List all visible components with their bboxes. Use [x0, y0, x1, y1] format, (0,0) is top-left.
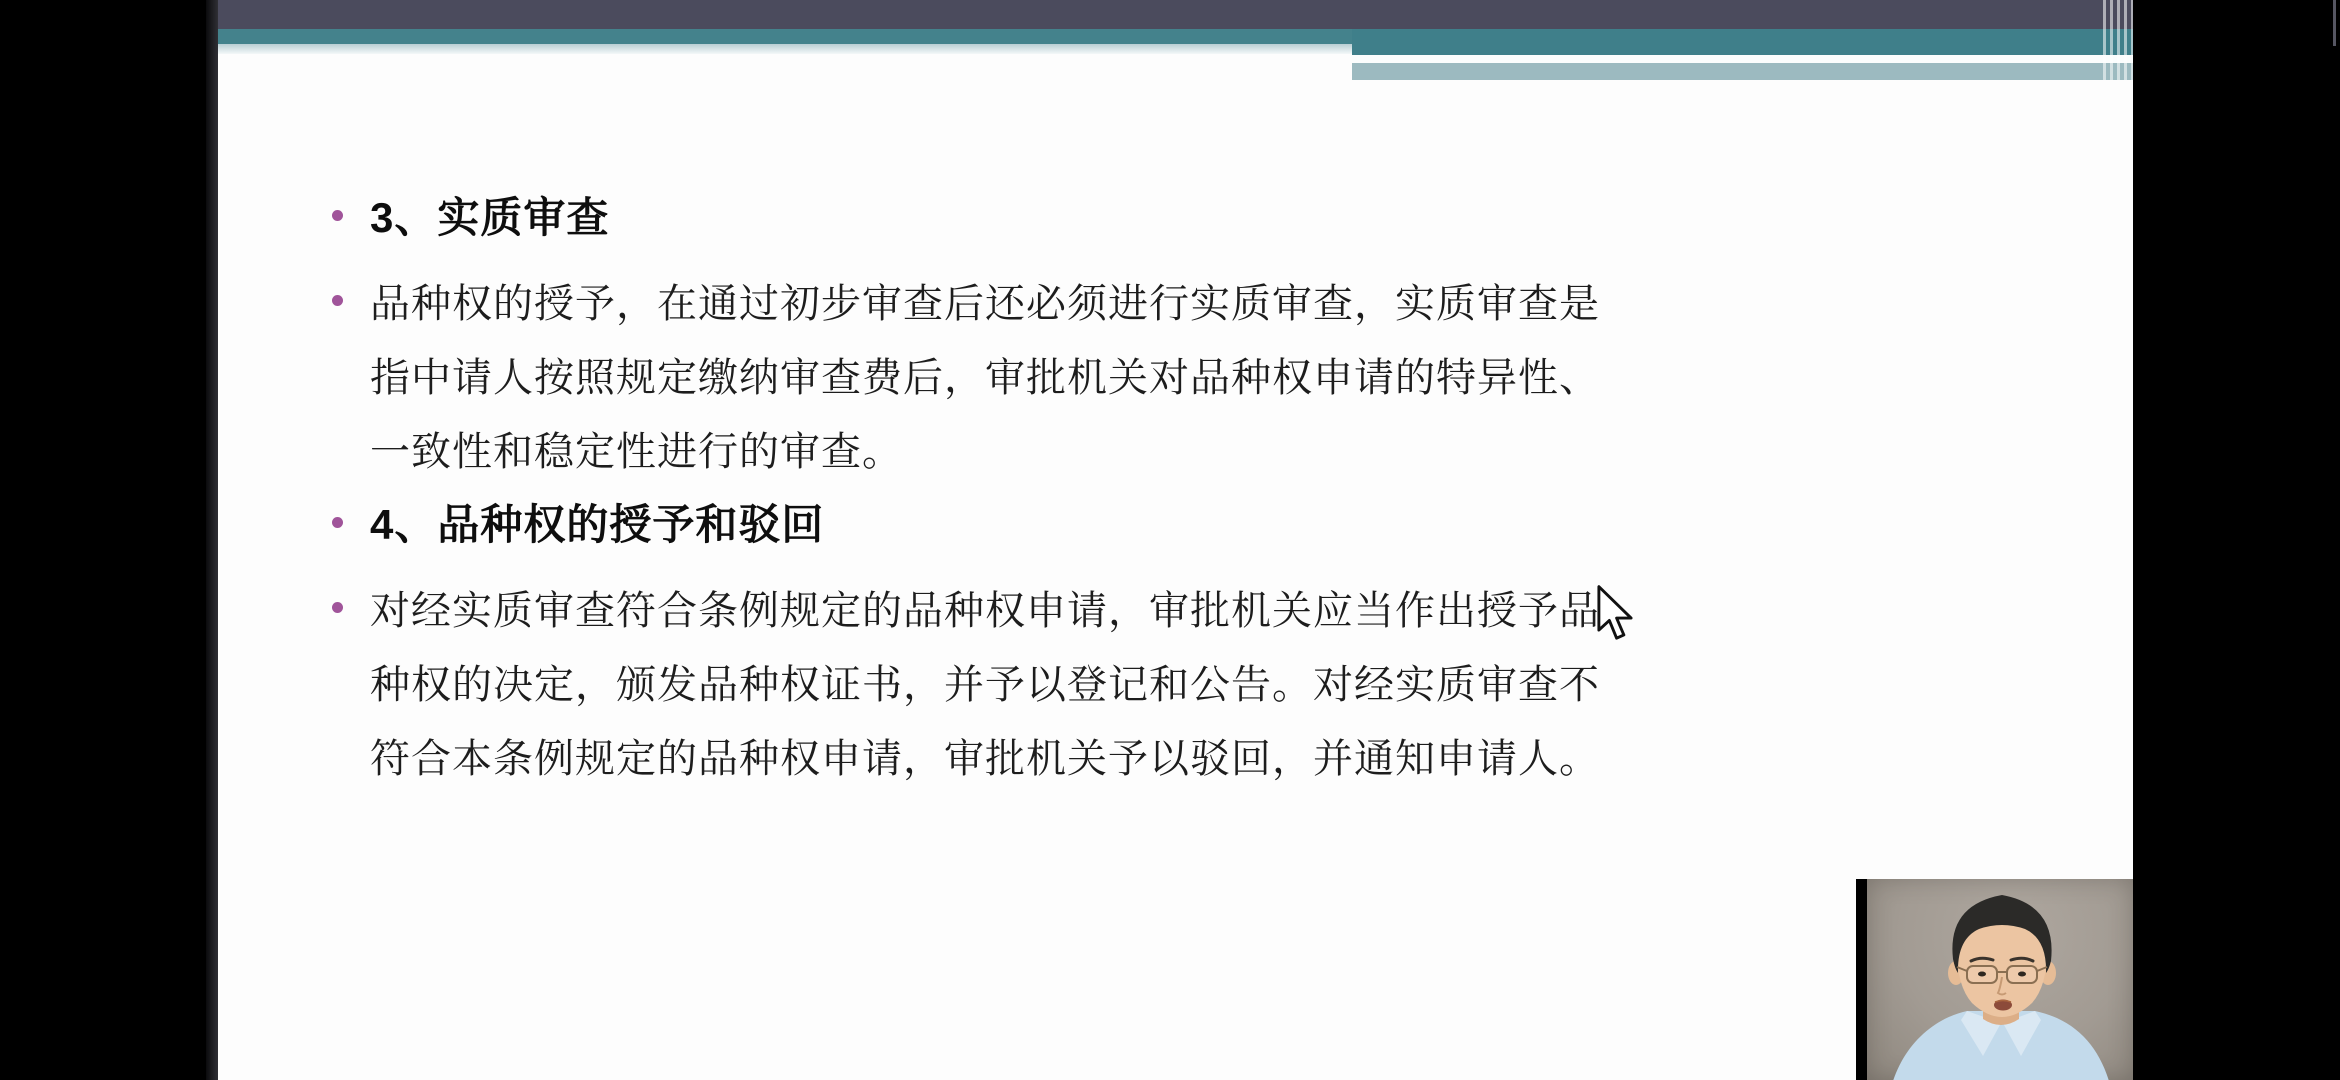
- screen-edge-sliver: [2333, 0, 2336, 46]
- slide-top-bar-teal-right: [1352, 29, 2133, 55]
- paragraph-line: 指中请人按照规定缴纳审查费后，审批机关对品种权申请的特异性、: [370, 337, 1670, 411]
- paragraph-line: 种权的决定，颁发品种权证书，并予以登记和公告。对经实质审查不: [370, 644, 1670, 718]
- bullet-dot: [332, 602, 343, 613]
- mouse-cursor-icon: [1595, 585, 1635, 643]
- slide-top-bar-light-left: [218, 44, 1352, 54]
- slide-content: 3、实质审查 品种权的授予，在通过初步审查后还必须进行实质审查，实质审查是 指中…: [370, 178, 1670, 792]
- bullet-block-heading-4: 4、品种权的授予和驳回: [370, 485, 1670, 559]
- slide-top-band-muted-right: [1352, 63, 2133, 80]
- window-edge-line: [206, 0, 218, 1080]
- bullet-block-paragraph-2: 对经实质审查符合条例规定的品种权申请，审批机关应当作出授予品 种权的决定，颁发品…: [370, 570, 1670, 792]
- presenter-video: [1867, 879, 2133, 1080]
- paragraph-line: 对经实质审查符合条例规定的品种权申请，审批机关应当作出授予品: [370, 570, 1670, 644]
- bullet-dot: [332, 210, 343, 221]
- heading-text: 3、实质审查: [370, 178, 1670, 252]
- bullet-block-paragraph-1: 品种权的授予，在通过初步审查后还必须进行实质审查，实质审查是 指中请人按照规定缴…: [370, 263, 1670, 485]
- paragraph-line: 品种权的授予，在通过初步审查后还必须进行实质审查，实质审查是: [370, 263, 1670, 337]
- bullet-dot: [332, 517, 343, 528]
- slide-area: 3、实质审查 品种权的授予，在通过初步审查后还必须进行实质审查，实质审查是 指中…: [218, 0, 2133, 1080]
- video-frame[interactable]: 3、实质审查 品种权的授予，在通过初步审查后还必须进行实质审查，实质审查是 指中…: [0, 0, 2340, 1080]
- slide-top-bar-teal-left: [218, 29, 1352, 44]
- paragraph-line: 符合本条例规定的品种权申请，审批机关予以驳回，并通知申请人。: [370, 718, 1670, 792]
- presenter-webcam-overlay: [1856, 879, 2133, 1080]
- paragraph-line: 一致性和稳定性进行的审查。: [370, 411, 1670, 485]
- bullet-dot: [332, 295, 343, 306]
- heading-text: 4、品种权的授予和驳回: [370, 485, 1670, 559]
- bullet-block-heading-3: 3、实质审查: [370, 178, 1670, 252]
- presenter-illustration: [1867, 879, 2133, 1080]
- slide-top-bar-dark: [218, 0, 2133, 29]
- corner-stripe-decoration: [2099, 0, 2133, 80]
- slide-top-bar-white-right: [1352, 55, 2133, 63]
